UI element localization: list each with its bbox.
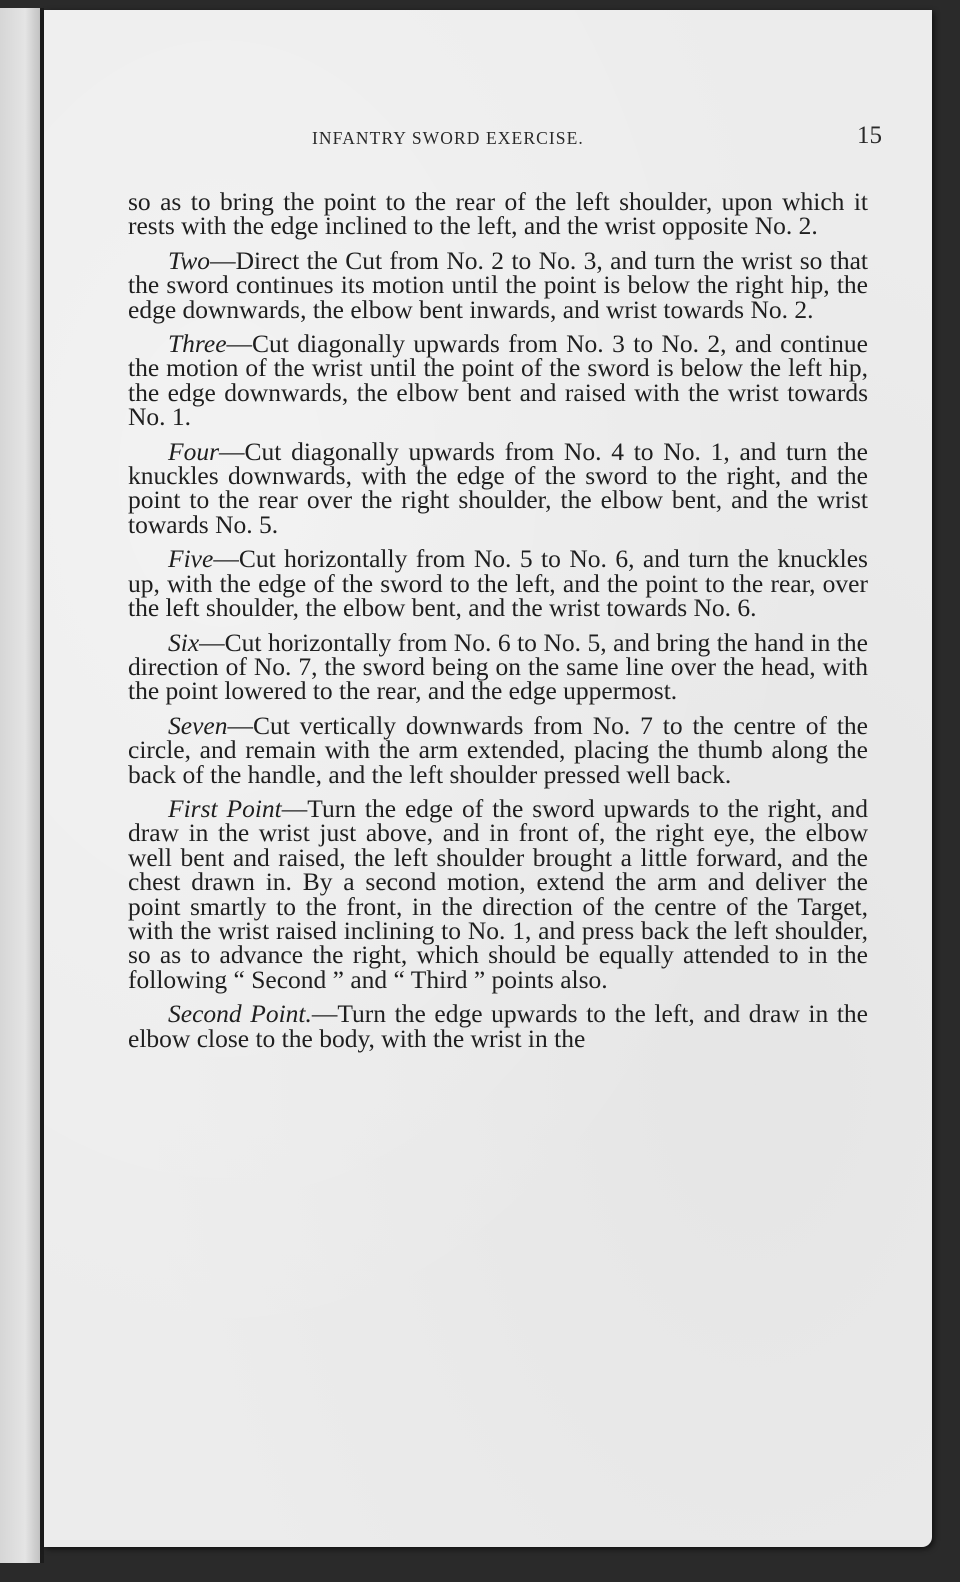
paragraph-text: —Cut vertically downwards from No. 7 to … bbox=[128, 711, 868, 789]
running-head: INFANTRY SWORD EXERCISE. 15 bbox=[312, 126, 882, 166]
paragraph-first-point: First Point—Turn the edge of the sword u… bbox=[128, 797, 868, 992]
paragraph-cut-two: Two—Direct the Cut from No. 2 to No. 3, … bbox=[128, 249, 868, 322]
paragraph-cut-five: Five—Cut horizontally from No. 5 to No. … bbox=[128, 547, 868, 620]
paragraph-second-point: Second Point.—Turn the edge upwards to t… bbox=[128, 1002, 868, 1051]
paragraph-text: —Turn the edge of the sword upwards to t… bbox=[128, 794, 868, 994]
paragraph-text: —Cut horizontally from No. 5 to No. 6, a… bbox=[128, 544, 868, 622]
page-number: 15 bbox=[857, 122, 882, 150]
running-title: INFANTRY SWORD EXERCISE. bbox=[312, 128, 584, 149]
paragraph-text: —Cut diagonally upwards from No. 4 to No… bbox=[128, 437, 868, 539]
paragraph-text: —Cut horizontally from No. 6 to No. 5, a… bbox=[128, 628, 868, 706]
paragraph-continuation: so as to bring the point to the rear of … bbox=[128, 190, 868, 239]
paragraph-text: —Direct the Cut from No. 2 to No. 3, and… bbox=[128, 246, 868, 324]
paragraph-cut-seven: Seven—Cut vertically downwards from No. … bbox=[128, 714, 868, 787]
paragraph-cut-six: Six—Cut horizontally from No. 6 to No. 5… bbox=[128, 631, 868, 704]
paragraph-cut-four: Four—Cut diagonally upwards from No. 4 t… bbox=[128, 440, 868, 538]
book-page: INFANTRY SWORD EXERCISE. 15 so as to bri… bbox=[44, 10, 932, 1547]
scanned-book-spread: INFANTRY SWORD EXERCISE. 15 so as to bri… bbox=[0, 0, 960, 1582]
paragraph-text: —Cut diagonally upwards from No. 3 to No… bbox=[128, 329, 868, 431]
paragraph-cut-three: Three—Cut diagonally upwards from No. 3 … bbox=[128, 332, 868, 430]
paragraph-text: so as to bring the point to the rear of … bbox=[128, 187, 868, 240]
body-text: so as to bring the point to the rear of … bbox=[128, 190, 868, 1061]
previous-page-edge bbox=[0, 8, 42, 1563]
